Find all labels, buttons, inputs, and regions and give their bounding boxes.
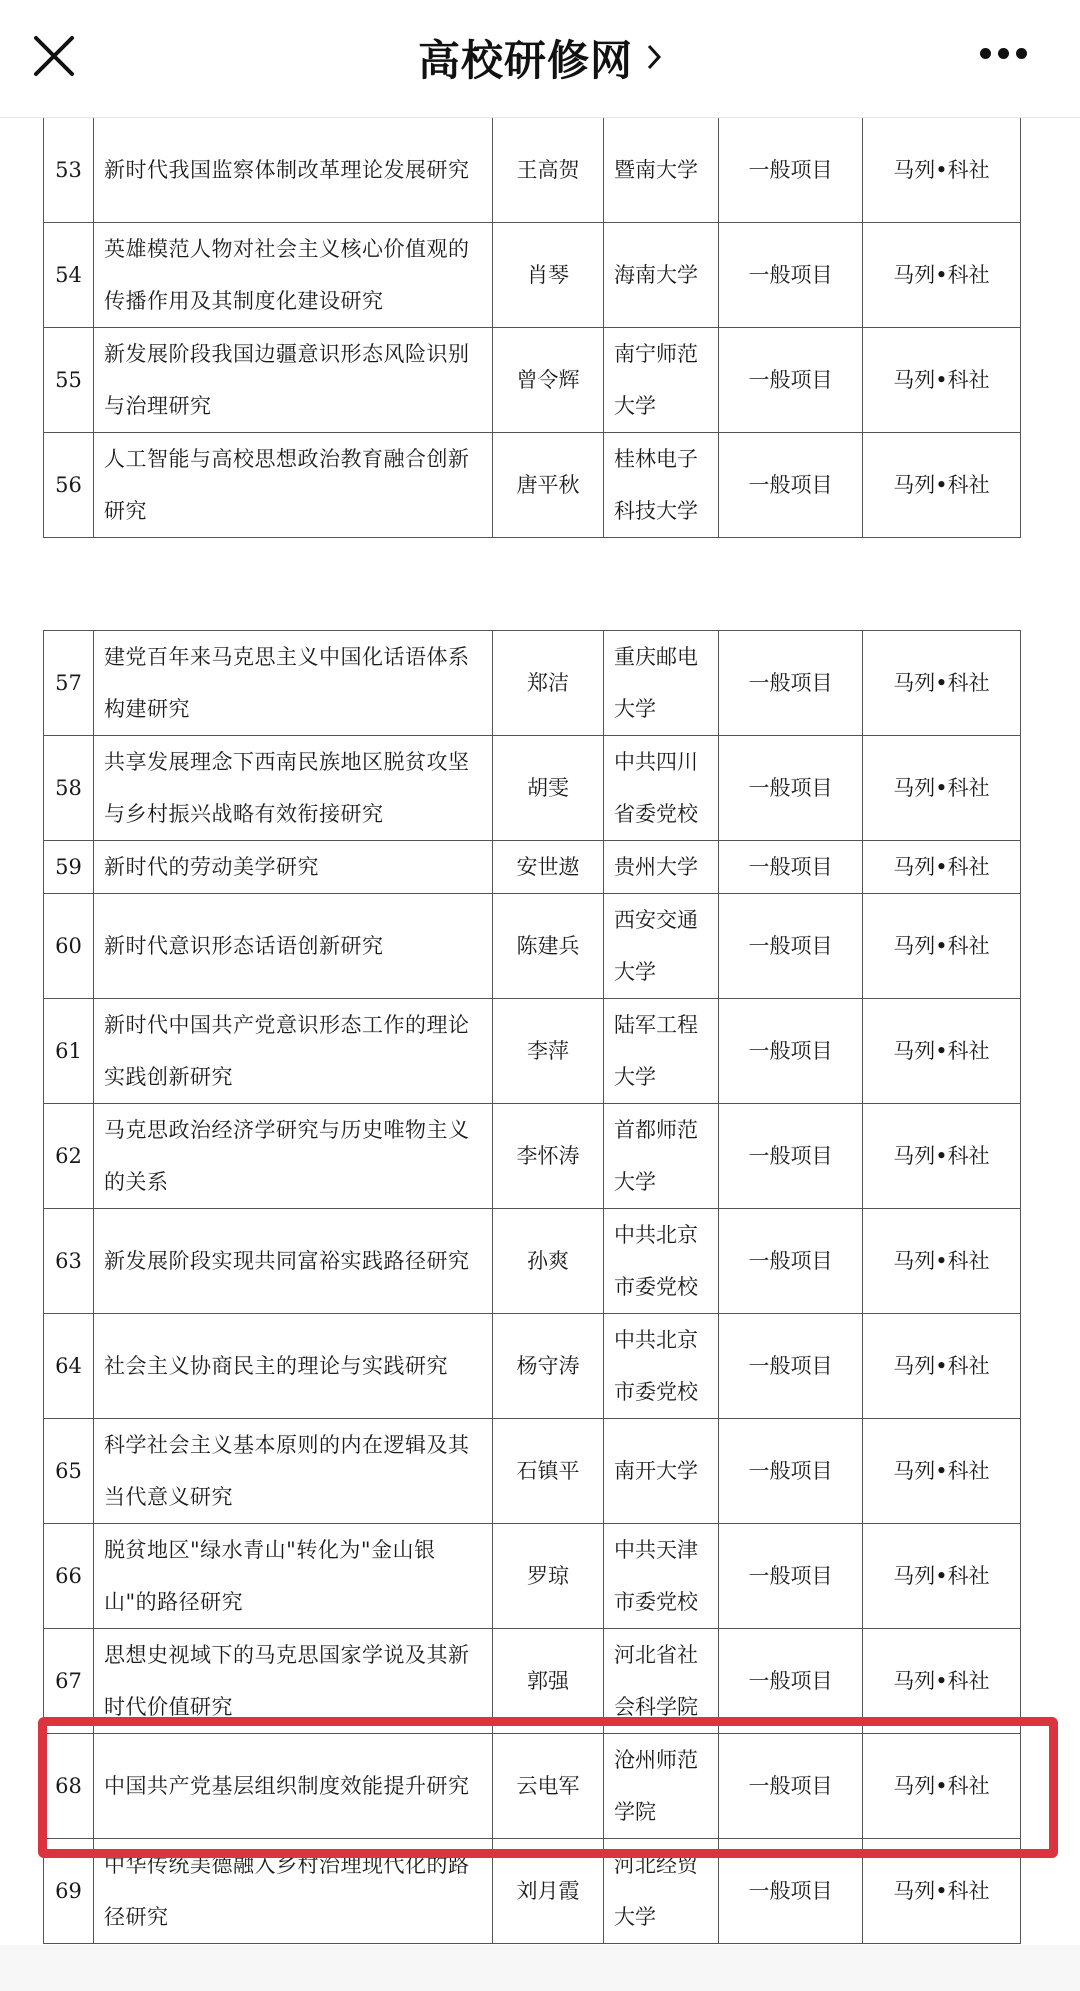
project-title: 新时代意识形态话语创新研究 (94, 894, 493, 999)
institution: 河北经贸大学 (604, 1839, 719, 1944)
project-type: 一般项目 (719, 222, 863, 327)
project-type: 一般项目 (719, 432, 863, 537)
table-row: 69 中华传统美德融入乡村治理现代化的路径研究 刘月霞 河北经贸大学 一般项目 … (44, 1839, 1021, 1944)
table-row: 67 思想史视域下的马克思国家学说及其新时代价值研究 郭强 河北省社会科学院 一… (44, 1629, 1021, 1734)
institution: 河北省社会科学院 (604, 1629, 719, 1734)
row-number: 67 (44, 1629, 94, 1734)
project-type: 一般项目 (719, 1629, 863, 1734)
principal-name: 李萍 (493, 999, 604, 1104)
institution: 贵州大学 (604, 841, 719, 894)
row-number: 61 (44, 999, 94, 1104)
table-row: 64 社会主义协商民主的理论与实践研究 杨守涛 中共北京市委党校 一般项目 马列… (44, 1314, 1021, 1419)
project-type: 一般项目 (719, 841, 863, 894)
project-type: 一般项目 (719, 1314, 863, 1419)
project-title: 新发展阶段我国边疆意识形态风险识别与治理研究 (94, 327, 493, 432)
project-type: 一般项目 (719, 1419, 863, 1524)
principal-name: 肖琴 (493, 222, 604, 327)
institution: 海南大学 (604, 222, 719, 327)
project-type: 一般项目 (719, 1524, 863, 1629)
institution: 陆军工程大学 (604, 999, 719, 1104)
row-number: 58 (44, 736, 94, 841)
table-row: 66 脱贫地区"绿水青山"转化为"金山银山"的路径研究 罗琼 中共天津市委党校 … (44, 1524, 1021, 1629)
discipline: 马列•科社 (863, 1524, 1021, 1629)
principal-name: 唐平秋 (493, 432, 604, 537)
project-table-bottom: 57 建党百年来马克思主义中国化话语体系构建研究 郑洁 重庆邮电大学 一般项目 … (43, 630, 1021, 1944)
project-type: 一般项目 (719, 118, 863, 222)
project-title: 脱贫地区"绿水青山"转化为"金山银山"的路径研究 (94, 1524, 493, 1629)
discipline: 马列•科社 (863, 222, 1021, 327)
principal-name: 罗琼 (493, 1524, 604, 1629)
principal-name: 杨守涛 (493, 1314, 604, 1419)
row-number: 62 (44, 1104, 94, 1209)
institution: 暨南大学 (604, 118, 719, 222)
discipline: 马列•科社 (863, 1629, 1021, 1734)
project-type: 一般项目 (719, 736, 863, 841)
project-title: 新时代中国共产党意识形态工作的理论实践创新研究 (94, 999, 493, 1104)
navigation-bar: 高校研修网 (0, 0, 1080, 118)
project-table-top: 53 新时代我国监察体制改革理论发展研究 王高贺 暨南大学 一般项目 马列•科社… (43, 118, 1021, 538)
institution: 沧州师范学院 (604, 1734, 719, 1839)
discipline: 马列•科社 (863, 1839, 1021, 1944)
account-title-link[interactable]: 高校研修网 (0, 28, 1080, 88)
table-row: 62 马克思政治经济学研究与历史唯物主义的关系 李怀涛 首都师范大学 一般项目 … (44, 1104, 1021, 1209)
discipline: 马列•科社 (863, 999, 1021, 1104)
discipline: 马列•科社 (863, 1314, 1021, 1419)
table-row: 61 新时代中国共产党意识形态工作的理论实践创新研究 李萍 陆军工程大学 一般项… (44, 999, 1021, 1104)
institution: 重庆邮电大学 (604, 631, 719, 736)
discipline: 马列•科社 (863, 894, 1021, 999)
project-title: 新时代我国监察体制改革理论发展研究 (94, 118, 493, 222)
discipline: 马列•科社 (863, 736, 1021, 841)
row-number: 66 (44, 1524, 94, 1629)
institution: 南宁师范大学 (604, 327, 719, 432)
principal-name: 安世遨 (493, 841, 604, 894)
principal-name: 陈建兵 (493, 894, 604, 999)
principal-name: 刘月霞 (493, 1839, 604, 1944)
table-row-highlighted: 68 中国共产党基层组织制度效能提升研究 云电军 沧州师范学院 一般项目 马列•… (44, 1734, 1021, 1839)
project-type: 一般项目 (719, 327, 863, 432)
project-type: 一般项目 (719, 1209, 863, 1314)
table-row: 54 英雄模范人物对社会主义核心价值观的传播作用及其制度化建设研究 肖琴 海南大… (44, 222, 1021, 327)
institution: 南开大学 (604, 1419, 719, 1524)
table-row: 59 新时代的劳动美学研究 安世遨 贵州大学 一般项目 马列•科社 (44, 841, 1021, 894)
project-title: 思想史视域下的马克思国家学说及其新时代价值研究 (94, 1629, 493, 1734)
row-number: 54 (44, 222, 94, 327)
project-title: 马克思政治经济学研究与历史唯物主义的关系 (94, 1104, 493, 1209)
chevron-right-icon (646, 43, 662, 71)
project-title: 中国共产党基层组织制度效能提升研究 (94, 1734, 493, 1839)
discipline: 马列•科社 (863, 327, 1021, 432)
discipline: 马列•科社 (863, 1104, 1021, 1209)
project-title: 科学社会主义基本原则的内在逻辑及其当代意义研究 (94, 1419, 493, 1524)
row-number: 55 (44, 327, 94, 432)
table-row: 58 共享发展理念下西南民族地区脱贫攻坚与乡村振兴战略有效衔接研究 胡雯 中共四… (44, 736, 1021, 841)
row-number: 60 (44, 894, 94, 999)
project-title: 人工智能与高校思想政治教育融合创新研究 (94, 432, 493, 537)
row-number: 53 (44, 118, 94, 222)
row-number: 63 (44, 1209, 94, 1314)
discipline: 马列•科社 (863, 631, 1021, 736)
project-type: 一般项目 (719, 631, 863, 736)
project-type: 一般项目 (719, 1104, 863, 1209)
project-title: 共享发展理念下西南民族地区脱贫攻坚与乡村振兴战略有效衔接研究 (94, 736, 493, 841)
institution: 中共北京市委党校 (604, 1209, 719, 1314)
project-title: 新发展阶段实现共同富裕实践路径研究 (94, 1209, 493, 1314)
project-type: 一般项目 (719, 1734, 863, 1839)
discipline: 马列•科社 (863, 118, 1021, 222)
institution: 西安交通大学 (604, 894, 719, 999)
row-number: 69 (44, 1839, 94, 1944)
project-title: 新时代的劳动美学研究 (94, 841, 493, 894)
project-type: 一般项目 (719, 999, 863, 1104)
project-type: 一般项目 (719, 1839, 863, 1944)
project-title: 英雄模范人物对社会主义核心价值观的传播作用及其制度化建设研究 (94, 222, 493, 327)
table-row: 57 建党百年来马克思主义中国化话语体系构建研究 郑洁 重庆邮电大学 一般项目 … (44, 631, 1021, 736)
institution: 中共北京市委党校 (604, 1314, 719, 1419)
row-number: 65 (44, 1419, 94, 1524)
institution: 中共四川省委党校 (604, 736, 719, 841)
principal-name: 孙爽 (493, 1209, 604, 1314)
dot (998, 48, 1009, 59)
table-row: 56 人工智能与高校思想政治教育融合创新研究 唐平秋 桂林电子科技大学 一般项目… (44, 432, 1021, 537)
principal-name: 郭强 (493, 1629, 604, 1734)
project-title: 社会主义协商民主的理论与实践研究 (94, 1314, 493, 1419)
principal-name: 王高贺 (493, 118, 604, 222)
institution: 中共天津市委党校 (604, 1524, 719, 1629)
discipline: 马列•科社 (863, 1209, 1021, 1314)
institution: 桂林电子科技大学 (604, 432, 719, 537)
more-horizontal-icon (980, 48, 991, 59)
table-row: 60 新时代意识形态话语创新研究 陈建兵 西安交通大学 一般项目 马列•科社 (44, 894, 1021, 999)
row-number: 68 (44, 1734, 94, 1839)
table-row: 53 新时代我国监察体制改革理论发展研究 王高贺 暨南大学 一般项目 马列•科社 (44, 118, 1021, 222)
discipline: 马列•科社 (863, 1419, 1021, 1524)
institution: 首都师范大学 (604, 1104, 719, 1209)
bottom-spacer (0, 1945, 1080, 1991)
principal-name: 云电军 (493, 1734, 604, 1839)
row-number: 64 (44, 1314, 94, 1419)
discipline: 马列•科社 (863, 432, 1021, 537)
dot (1016, 48, 1027, 59)
row-number: 59 (44, 841, 94, 894)
table-row: 63 新发展阶段实现共同富裕实践路径研究 孙爽 中共北京市委党校 一般项目 马列… (44, 1209, 1021, 1314)
discipline: 马列•科社 (863, 1734, 1021, 1839)
project-type: 一般项目 (719, 894, 863, 999)
project-title: 建党百年来马克思主义中国化话语体系构建研究 (94, 631, 493, 736)
principal-name: 李怀涛 (493, 1104, 604, 1209)
more-options-button[interactable] (980, 44, 1040, 68)
principal-name: 石镇平 (493, 1419, 604, 1524)
page-title: 高校研修网 (418, 36, 633, 85)
principal-name: 胡雯 (493, 736, 604, 841)
table-row: 55 新发展阶段我国边疆意识形态风险识别与治理研究 曾令辉 南宁师范大学 一般项… (44, 327, 1021, 432)
principal-name: 郑洁 (493, 631, 604, 736)
discipline: 马列•科社 (863, 841, 1021, 894)
principal-name: 曾令辉 (493, 327, 604, 432)
table-row: 65 科学社会主义基本原则的内在逻辑及其当代意义研究 石镇平 南开大学 一般项目… (44, 1419, 1021, 1524)
project-title: 中华传统美德融入乡村治理现代化的路径研究 (94, 1839, 493, 1944)
row-number: 57 (44, 631, 94, 736)
row-number: 56 (44, 432, 94, 537)
